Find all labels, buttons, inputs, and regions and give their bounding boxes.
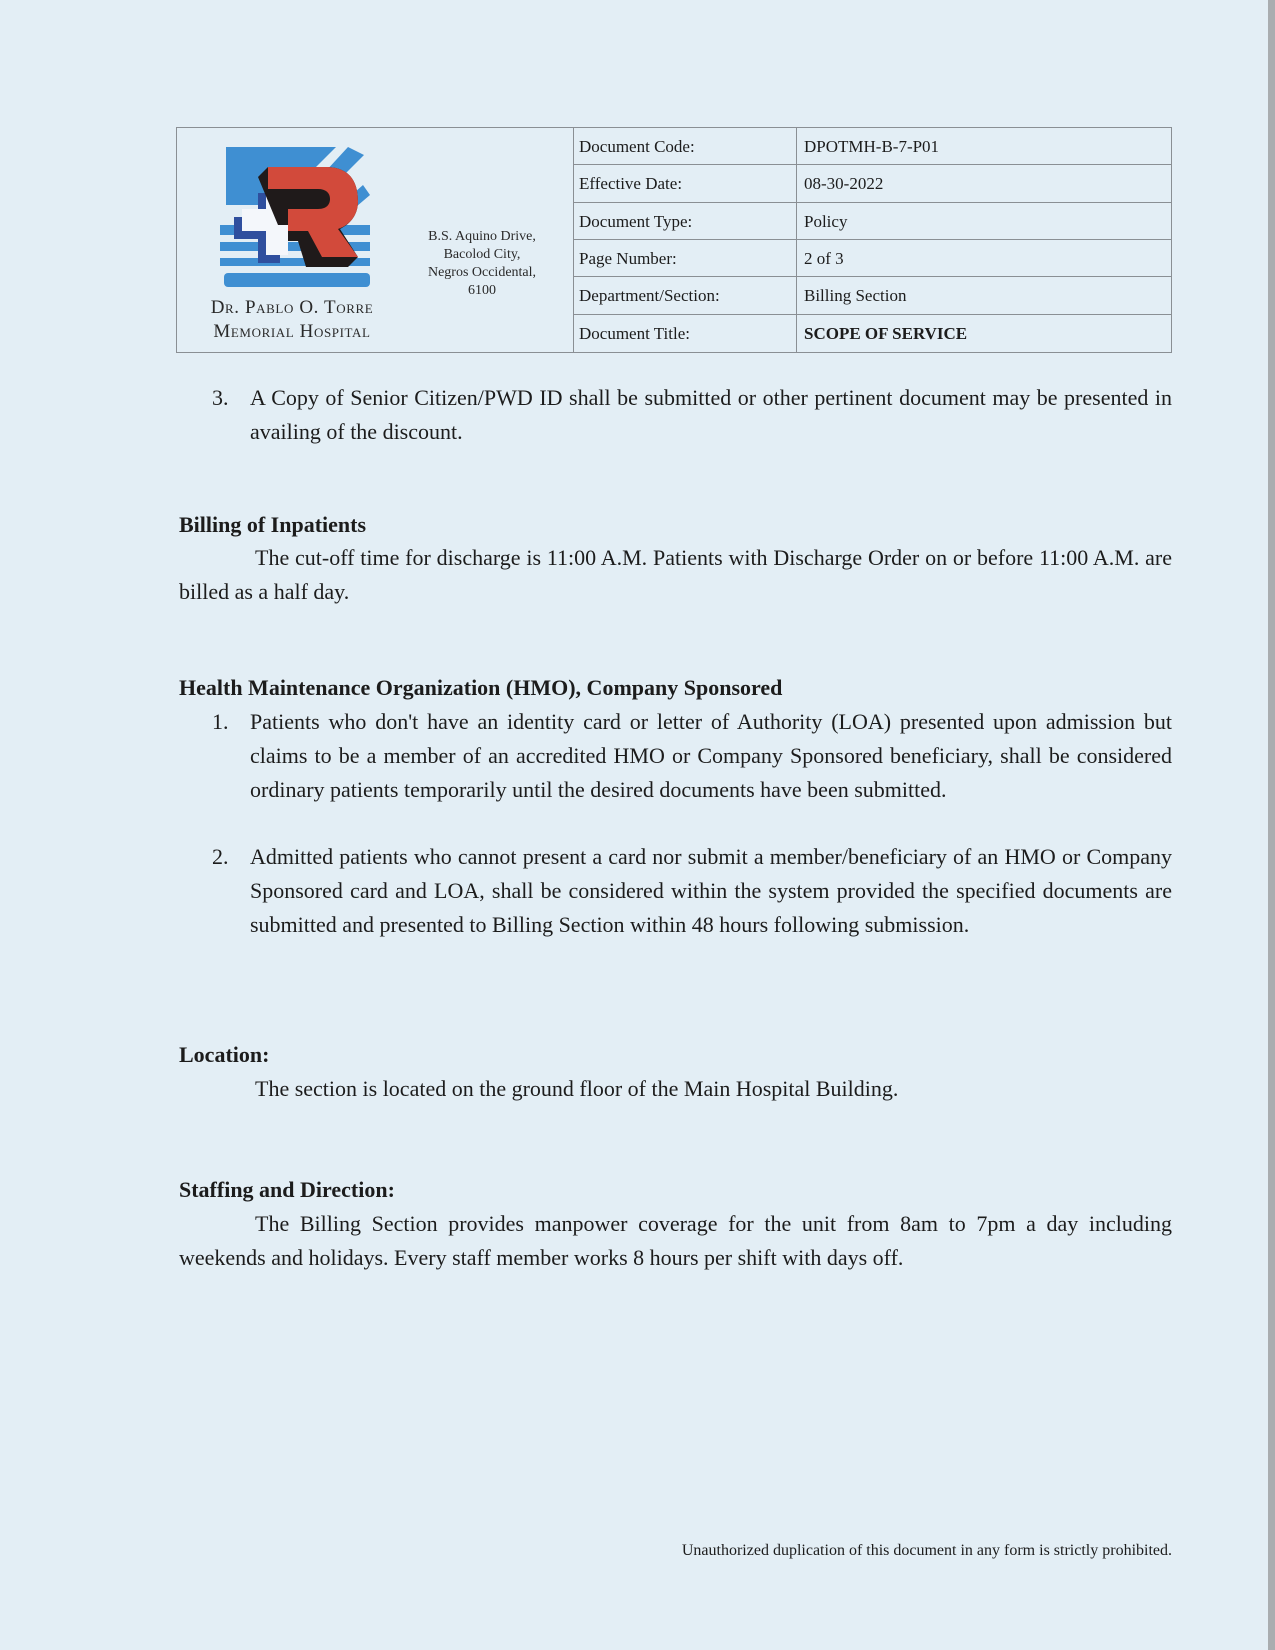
meta-label: Effective Date: <box>573 165 797 201</box>
meta-row-document-code: Document Code: DPOTMH-B-7-P01 <box>573 128 1171 165</box>
list-number: 1. <box>212 705 229 739</box>
list-item: 1. Patients who don't have an identity c… <box>212 705 1172 807</box>
address-line: 6100 <box>407 282 557 300</box>
meta-value: SCOPE OF SERVICE <box>797 315 1171 352</box>
meta-value: DPOTMH-B-7-P01 <box>797 128 1171 164</box>
document-header-table: Dr. Pablo O. Torre Memorial Hospital B.S… <box>176 127 1172 353</box>
list-item: 2. Admitted patients who cannot present … <box>212 840 1172 942</box>
hospital-name-line2: Memorial Hospital <box>187 320 397 344</box>
page-edge-shadow <box>1268 0 1275 1650</box>
list-item: 3. A Copy of Senior Citizen/PWD ID shall… <box>212 381 1172 449</box>
section-text-billing: The cut-off time for discharge is 11:00 … <box>179 541 1172 609</box>
meta-row-department: Department/Section: Billing Section <box>573 277 1171 314</box>
address-line: Negros Occidental, <box>407 264 557 282</box>
address-line: Bacolod City, <box>407 246 557 264</box>
meta-row-page-number: Page Number: 2 of 3 <box>573 240 1171 277</box>
section-text-location: The section is located on the ground flo… <box>255 1072 1172 1106</box>
hospital-name: Dr. Pablo O. Torre Memorial Hospital <box>187 296 397 344</box>
section-heading-billing: Billing of Inpatients <box>179 510 366 540</box>
meta-value: Policy <box>797 203 1171 239</box>
meta-label: Document Title: <box>573 315 797 352</box>
document-meta: Document Code: DPOTMH-B-7-P01 Effective … <box>573 128 1171 352</box>
meta-row-effective-date: Effective Date: 08-30-2022 <box>573 165 1171 202</box>
list-text: A Copy of Senior Citizen/PWD ID shall be… <box>250 381 1172 449</box>
meta-label: Page Number: <box>573 240 797 276</box>
section-heading-staffing: Staffing and Direction: <box>179 1175 395 1205</box>
hospital-logo-icon <box>218 145 376 295</box>
address-line: B.S. Aquino Drive, <box>407 228 557 246</box>
logo-cell: Dr. Pablo O. Torre Memorial Hospital B.S… <box>177 128 574 352</box>
list-text: Patients who don't have an identity card… <box>250 705 1172 807</box>
hospital-address: B.S. Aquino Drive, Bacolod City, Negros … <box>407 228 557 300</box>
meta-value: 2 of 3 <box>797 240 1171 276</box>
section-heading-location: Location: <box>179 1040 269 1070</box>
list-text: Admitted patients who cannot present a c… <box>250 840 1172 942</box>
footer-disclaimer: Unauthorized duplication of this documen… <box>530 1542 1172 1560</box>
meta-value: 08-30-2022 <box>797 165 1171 201</box>
meta-row-document-title: Document Title: SCOPE OF SERVICE <box>573 315 1171 352</box>
list-number: 2. <box>212 840 229 874</box>
hospital-name-line1: Dr. Pablo O. Torre <box>187 296 397 320</box>
section-heading-hmo: Health Maintenance Organization (HMO), C… <box>179 673 782 703</box>
section-text-staffing: The Billing Section provides manpower co… <box>179 1207 1172 1275</box>
meta-value: Billing Section <box>797 277 1171 313</box>
meta-label: Department/Section: <box>573 277 797 313</box>
meta-label: Document Type: <box>573 203 797 239</box>
meta-label: Document Code: <box>573 128 797 164</box>
list-number: 3. <box>212 381 229 415</box>
meta-row-document-type: Document Type: Policy <box>573 203 1171 240</box>
